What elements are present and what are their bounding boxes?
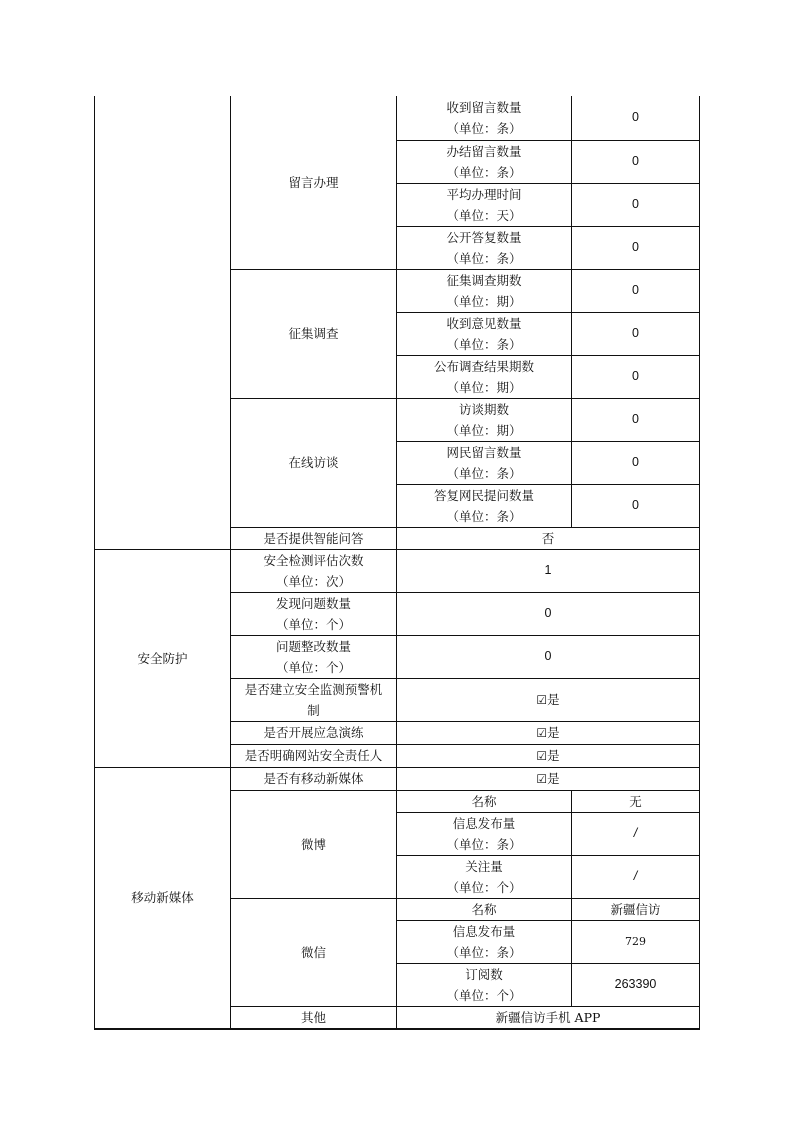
metric-name: 公布调查结果期数 bbox=[397, 356, 571, 377]
metric-name: 访谈期数 bbox=[397, 399, 571, 420]
metric-unit: （单位：个） bbox=[397, 985, 571, 1006]
metric-unit: （单位：条） bbox=[397, 248, 571, 269]
metric-label: 收到留言数量（单位：条） bbox=[397, 96, 572, 140]
metric-value: 0 bbox=[572, 355, 700, 398]
metric-value: 0 bbox=[572, 398, 700, 441]
metric-label: 是否建立安全监测预警机制 bbox=[231, 678, 397, 721]
metric-label: 名称 bbox=[397, 790, 572, 812]
metric-unit: （单位：期） bbox=[397, 291, 571, 312]
other-value: 新疆信访手机 APP bbox=[397, 1006, 700, 1029]
metric-name: 订阅数 bbox=[397, 964, 571, 985]
metric-value: 0 bbox=[572, 226, 700, 269]
metric-value: / bbox=[572, 812, 700, 855]
metric-unit: （单位：条） bbox=[397, 506, 571, 527]
metric-label: 答复网民提问数量（单位：条） bbox=[397, 484, 572, 527]
metric-value: 0 bbox=[572, 269, 700, 312]
check-label: 是 bbox=[547, 692, 560, 707]
metric-label: 是否明确网站安全责任人 bbox=[231, 744, 397, 767]
metric-name: 关注量 bbox=[397, 856, 571, 877]
metric-name: 信息发布量 bbox=[397, 813, 571, 834]
checkbox-checked-icon: ☑ bbox=[536, 749, 547, 763]
metric-unit: （单位：条） bbox=[397, 942, 571, 963]
metric-name: 办结留言数量 bbox=[397, 141, 571, 162]
metric-label: 订阅数（单位：个） bbox=[397, 963, 572, 1006]
metric-label: 关注量（单位：个） bbox=[397, 855, 572, 898]
metric-value: 0 bbox=[572, 441, 700, 484]
metric-value: 无 bbox=[572, 790, 700, 812]
metric-unit: （单位：个） bbox=[231, 614, 396, 635]
metric-value: ☑是 bbox=[397, 744, 700, 767]
metric-name: 网民留言数量 bbox=[397, 442, 571, 463]
subcategory-wechat: 微信 bbox=[231, 898, 397, 1006]
check-label: 是 bbox=[547, 771, 560, 786]
category-mobile-media: 移动新媒体 bbox=[95, 767, 231, 1029]
has-media-value: ☑是 bbox=[397, 767, 700, 790]
check-label: 是 bbox=[547, 748, 560, 763]
metric-value: 1 bbox=[397, 549, 700, 592]
metric-name: 征集调查期数 bbox=[397, 270, 571, 291]
metric-label: 发现问题数量（单位：个） bbox=[231, 592, 397, 635]
metric-label: 收到意见数量（单位：条） bbox=[397, 312, 572, 355]
metric-label: 问题整改数量（单位：个） bbox=[231, 635, 397, 678]
metric-label: 办结留言数量（单位：条） bbox=[397, 140, 572, 183]
metric-name: 是否建立安全监测预警机 bbox=[231, 679, 396, 700]
metric-label: 公布调查结果期数（单位：期） bbox=[397, 355, 572, 398]
metric-unit: （单位：条） bbox=[397, 162, 571, 183]
metric-value: ☑是 bbox=[397, 678, 700, 721]
metric-unit: （单位：次） bbox=[231, 571, 396, 592]
metric-unit: （单位：条） bbox=[397, 463, 571, 484]
metric-name: 答复网民提问数量 bbox=[397, 485, 571, 506]
metric-label: 是否开展应急演练 bbox=[231, 721, 397, 744]
metric-unit: （单位：天） bbox=[397, 205, 571, 226]
metric-name: 收到意见数量 bbox=[397, 313, 571, 334]
metric-label: 网民留言数量（单位：条） bbox=[397, 441, 572, 484]
has-media-label: 是否有移动新媒体 bbox=[231, 767, 397, 790]
checkbox-checked-icon: ☑ bbox=[536, 726, 547, 740]
metric-name: 发现问题数量 bbox=[231, 593, 396, 614]
category-cell-interaction bbox=[95, 96, 231, 549]
check-label: 是 bbox=[547, 725, 560, 740]
metric-value: 729 bbox=[572, 920, 700, 963]
smart-qa-label: 是否提供智能问答 bbox=[231, 527, 397, 549]
subcategory-weibo: 微博 bbox=[231, 790, 397, 898]
metric-unit: （单位：条） bbox=[397, 834, 571, 855]
metric-value: 新疆信访 bbox=[572, 898, 700, 920]
metric-unit: （单位：期） bbox=[397, 420, 571, 441]
metric-label: 信息发布量（单位：条） bbox=[397, 920, 572, 963]
checkbox-checked-icon: ☑ bbox=[536, 772, 547, 786]
table-row: 移动新媒体 是否有移动新媒体 ☑是 bbox=[95, 767, 700, 790]
metric-name: 收到留言数量 bbox=[397, 97, 571, 118]
metric-name: 平均办理时间 bbox=[397, 184, 571, 205]
category-security: 安全防护 bbox=[95, 549, 231, 767]
metric-label: 征集调查期数（单位：期） bbox=[397, 269, 572, 312]
metric-value: 0 bbox=[572, 484, 700, 527]
metric-name: 问题整改数量 bbox=[231, 636, 396, 657]
metric-label: 安全检测评估次数（单位：次） bbox=[231, 549, 397, 592]
metric-unit: （单位：个） bbox=[231, 657, 396, 678]
metric-value: 263390 bbox=[572, 963, 700, 1006]
metric-unit: （单位：期） bbox=[397, 377, 571, 398]
metric-label: 信息发布量（单位：条） bbox=[397, 812, 572, 855]
metric-label: 名称 bbox=[397, 898, 572, 920]
subcategory-survey: 征集调查 bbox=[231, 269, 397, 398]
metric-unit: （单位：个） bbox=[397, 877, 571, 898]
metric-value: 0 bbox=[572, 96, 700, 140]
subcategory-interview: 在线访谈 bbox=[231, 398, 397, 527]
metric-name: 公开答复数量 bbox=[397, 227, 571, 248]
metric-value: 0 bbox=[572, 312, 700, 355]
metric-name: 信息发布量 bbox=[397, 921, 571, 942]
website-stats-table: 留言办理 收到留言数量（单位：条） 0 办结留言数量（单位：条） 0 平均办理时… bbox=[94, 96, 700, 1030]
smart-qa-value: 否 bbox=[397, 527, 700, 549]
metric-unit: （单位：条） bbox=[397, 334, 571, 355]
checkbox-checked-icon: ☑ bbox=[536, 693, 547, 707]
metric-value: 0 bbox=[572, 140, 700, 183]
metric-value: 0 bbox=[572, 183, 700, 226]
metric-unit: （单位：条） bbox=[397, 118, 571, 139]
table-row: 安全防护 安全检测评估次数（单位：次） 1 bbox=[95, 549, 700, 592]
metric-label: 平均办理时间（单位：天） bbox=[397, 183, 572, 226]
metric-unit: 制 bbox=[231, 700, 396, 721]
metric-label: 公开答复数量（单位：条） bbox=[397, 226, 572, 269]
metric-value: ☑是 bbox=[397, 721, 700, 744]
metric-value: / bbox=[572, 855, 700, 898]
other-label: 其他 bbox=[231, 1006, 397, 1029]
metric-name: 安全检测评估次数 bbox=[231, 550, 396, 571]
metric-value: 0 bbox=[397, 592, 700, 635]
table-row: 留言办理 收到留言数量（单位：条） 0 bbox=[95, 96, 700, 140]
subcategory-message-handling: 留言办理 bbox=[231, 96, 397, 269]
metric-label: 访谈期数（单位：期） bbox=[397, 398, 572, 441]
metric-value: 0 bbox=[397, 635, 700, 678]
